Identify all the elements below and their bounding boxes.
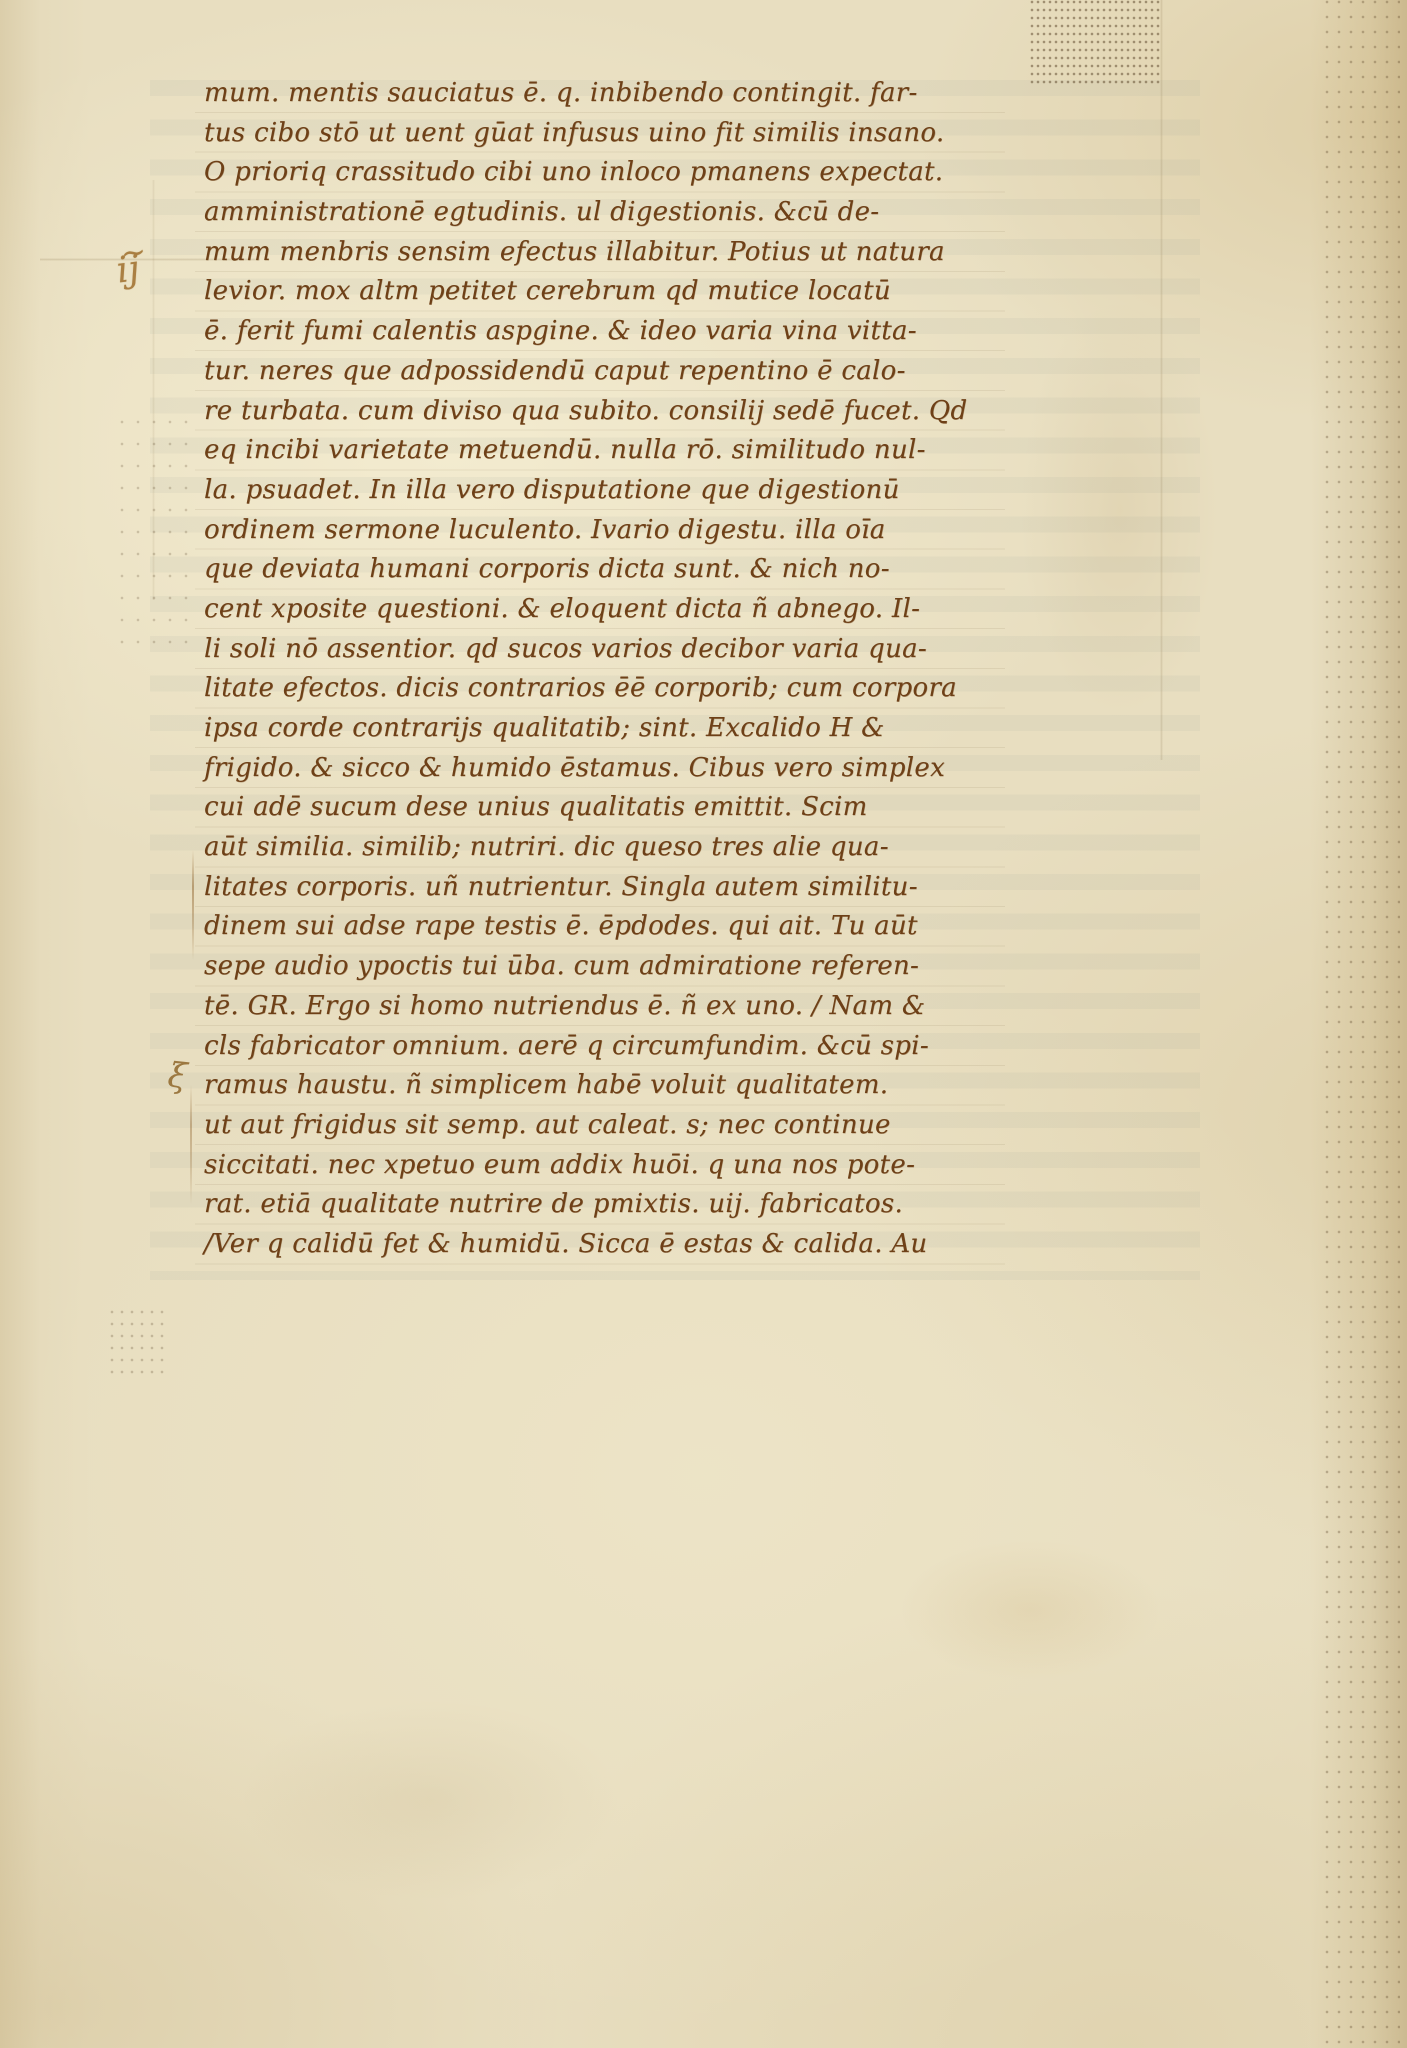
manuscript-line: tus cibo stō ut uent gūat infusus uino f… (204, 114, 1014, 154)
manuscript-line: litate efectos. dicis contrarios ēē corp… (204, 669, 1014, 709)
manuscript-line: mum. mentis sauciatus ē. q. inbibendo co… (204, 74, 1014, 114)
parchment-stain (1020, 300, 1220, 720)
margin-pen-stroke (192, 850, 194, 960)
manuscript-line: la. psuadet. In illa vero disputatione q… (204, 471, 1014, 511)
manuscript-line: siccitati. nec xpetuo eum addix huōi. q … (204, 1146, 1014, 1186)
speckle-cluster-bottom-left (110, 1310, 170, 1380)
quire-mark-text: ij (114, 248, 142, 291)
speckle-cluster-top-right (1030, 0, 1160, 85)
manuscript-line: ramus haustu. ñ simplicem habē voluit qu… (204, 1066, 1014, 1106)
parchment-stain (240, 1700, 620, 1900)
vertical-crease (152, 180, 155, 600)
manuscript-line: frigido. & sicco & humido ēstamus. Cibus… (204, 749, 1014, 789)
manuscript-line: cls fabricator omnium. aerē q circumfund… (204, 1027, 1014, 1067)
manuscript-line: amministrationē egtudinis. ul digestioni… (204, 193, 1014, 233)
margin-squiggle: ξ (166, 1055, 189, 1097)
manuscript-line: tur. neres que adpossidendū caput repent… (204, 352, 1014, 392)
speckle-cluster-left-margin (120, 420, 190, 660)
manuscript-line: que deviata humani corporis dicta sunt. … (204, 550, 1014, 590)
manuscript-line: ipsa corde contrarijs qualitatib; sint. … (204, 709, 1014, 749)
manuscript-line: li soli nō assentior. qd sucos varios de… (204, 630, 1014, 670)
manuscript-line: rat. etiā qualitate nutrire de pmixtis. … (204, 1185, 1014, 1225)
manuscript-line: litates corporis. uñ nutrientur. Singla … (204, 868, 1014, 908)
parchment-stain (900, 1540, 1160, 1680)
manuscript-line: cent xposite questioni. & eloquent dicta… (204, 590, 1014, 630)
manuscript-line: ē. ferit fumi calentis aspgine. & ideo v… (204, 312, 1014, 352)
margin-pen-stroke (190, 1085, 192, 1205)
manuscript-line: ordinem sermone luculento. Ivario digest… (204, 511, 1014, 551)
manuscript-line: eq incibi varietate metuendū. nulla rō. … (204, 431, 1014, 471)
manuscript-line: re turbata. cum diviso qua subito. consi… (204, 392, 1014, 432)
quire-mark: ~ ij (113, 234, 149, 291)
manuscript-line: dinem sui adse rape testis ē. ēpdodes. q… (204, 907, 1014, 947)
manuscript-line: sepe audio ypoctis tui ūba. cum admirati… (204, 947, 1014, 987)
manuscript-line: mum menbris sensim efectus illabitur. Po… (204, 233, 1014, 273)
vertical-crease (1160, 0, 1163, 760)
manuscript-line: tē. GR. Ergo si homo nutriendus ē. ñ ex … (204, 987, 1014, 1027)
manuscript-line: O prioriq crassitudo cibi uno inloco pma… (204, 153, 1014, 193)
manuscript-line: levior. mox altm petitet cerebrum qd mut… (204, 272, 1014, 312)
manuscript-line: aūt similia. similib; nutriri. dic queso… (204, 828, 1014, 868)
manuscript-line: /Ver q calidū fet & humidū. Sicca ē esta… (204, 1225, 1014, 1265)
text-block: mum. mentis sauciatus ē. q. inbibendo co… (204, 74, 1014, 1265)
speckle-strip-right-edge (1325, 0, 1400, 2048)
manuscript-line: cui adē sucum dese unius qualitatis emit… (204, 788, 1014, 828)
manuscript-page: ~ ij ξ mum. mentis sauciatus ē. q. inbib… (0, 0, 1407, 2048)
manuscript-line: ut aut frigidus sit semp. aut caleat. s;… (204, 1106, 1014, 1146)
